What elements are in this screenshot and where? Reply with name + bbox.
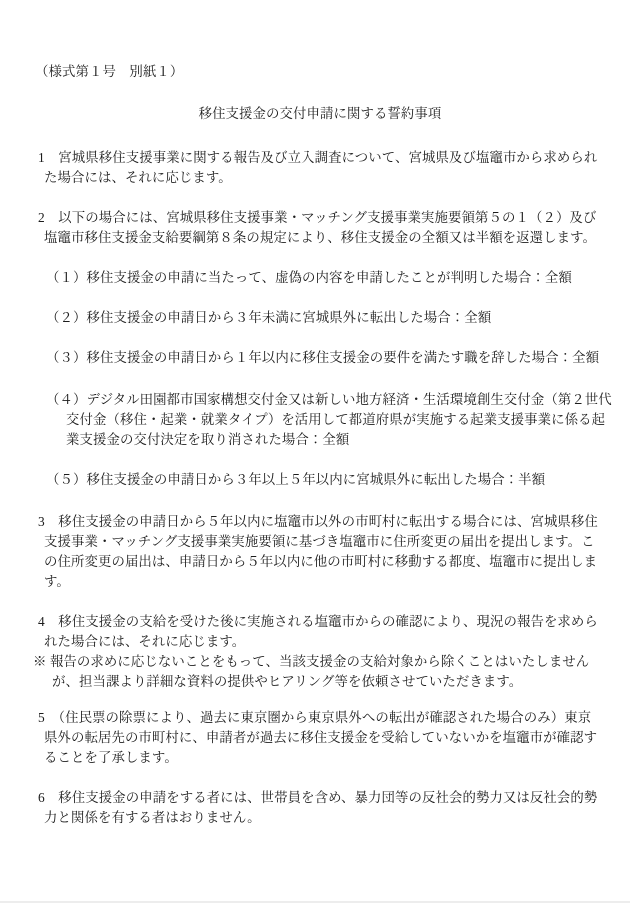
text-line: ることを了承します。 (38, 748, 602, 768)
text-line: 塩竈市移住支援金支給要綱第８条の規定により、移住支援金の全額又は半額を返還します… (38, 228, 602, 248)
form-number-label: （様式第１号 別紙１） (35, 62, 602, 82)
text-line: （３）移住支援金の申請日から１年以内に移住支援金の要件を満たす職を辞した場合：全… (38, 348, 602, 368)
pledge-note-1: ※ 報告の求めに応じないことをもって、当該支援金の支給対象から除くことはいたしま… (38, 652, 602, 692)
text-line: （４）デジタル田園都市国家構想交付金又は新しい地方経済・生活環境創生交付金（第２… (38, 390, 602, 410)
pledge-item-1: 1 宮城県移住支援事業に関する報告及び立入調査について、宮城県及び塩竈市から求め… (38, 148, 602, 188)
text-line: 4 移住支援金の支給を受けた後に実施される塩竈市からの確認により、現況の報告を求… (38, 612, 602, 632)
pledge-item-4: 4 移住支援金の支給を受けた後に実施される塩竈市からの確認により、現況の報告を求… (38, 612, 602, 652)
text-line: が、担当課より詳細な資料の提供やヒアリング等を依頼させていただきます。 (52, 672, 602, 692)
pledge-sub-4: （４）デジタル田園都市国家構想交付金又は新しい地方経済・生活環境創生交付金（第２… (38, 390, 602, 450)
pledge-sub-5: （５）移住支援金の申請日から３年以上５年以内に宮城県外に転出した場合：半額 (38, 470, 602, 490)
pledge-item-5: 5 （住民票の除票により、過去に東京圏から東京県外への転出が確認された場合のみ）… (38, 708, 602, 768)
text-line: れた場合には、それに応じます。 (38, 632, 602, 652)
page-title: 移住支援金の交付申請に関する誓約事項 (38, 104, 602, 124)
pledge-sub-1: （１）移住支援金の申請に当たって、虚偽の内容を申請したことが判明した場合：全額 (38, 268, 602, 288)
text-line: ※ 報告の求めに応じないことをもって、当該支援金の支給対象から除くことはいたしま… (33, 652, 602, 672)
pledge-item-6: 6 移住支援金の申請をする者には、世帯員を含め、暴力団等の反社会的勢力又は反社会… (38, 788, 602, 828)
text-line: 2 以下の場合には、宮城県移住支援事業・マッチング支援事業実施要領第５の１（２）… (38, 208, 602, 228)
text-line: 5 （住民票の除票により、過去に東京圏から東京県外への転出が確認された場合のみ）… (38, 708, 602, 728)
text-line: 3 移住支援金の申請日から５年以内に塩竈市以外の市町村に転出する場合には、宮城県… (38, 512, 602, 532)
text-line: （２）移住支援金の申請日から３年未満に宮城県外に転出した場合：全額 (38, 308, 602, 328)
pledge-item-2: 2 以下の場合には、宮城県移住支援事業・マッチング支援事業実施要領第５の１（２）… (38, 208, 602, 248)
text-line: 業支援金の交付決定を取り消された場合：全額 (38, 430, 602, 450)
pledge-sub-2: （２）移住支援金の申請日から３年未満に宮城県外に転出した場合：全額 (38, 308, 602, 328)
text-line: 県外の転居先の市町村に、申請者が過去に移住支援金を受給していないかを塩竈市が確認… (38, 728, 602, 748)
text-line: 6 移住支援金の申請をする者には、世帯員を含め、暴力団等の反社会的勢力又は反社会… (38, 788, 602, 808)
text-line: 支援事業・マッチング支援事業実施要領に基づき塩竈市に住所変更の届出を提出します。… (38, 532, 602, 552)
text-line: 交付金（移住・起業・就業タイプ）を活用して都道府県が実施する起業支援事業に係る起 (38, 410, 602, 430)
text-line: た場合には、それに応じます。 (38, 168, 602, 188)
text-line: の住所変更の届出は、申請日から５年以内に他の市町村に移動する都度、塩竈市に提出し… (38, 552, 602, 572)
text-line: （１）移住支援金の申請に当たって、虚偽の内容を申請したことが判明した場合：全額 (38, 268, 602, 288)
document-page: （様式第１号 別紙１） 移住支援金の交付申請に関する誓約事項 1 宮城県移住支援… (0, 0, 630, 903)
text-line: 力と関係を有する者はおりません。 (38, 808, 602, 828)
pledge-items: 1 宮城県移住支援事業に関する報告及び立入調査について、宮城県及び塩竈市から求め… (38, 148, 602, 828)
text-line: 1 宮城県移住支援事業に関する報告及び立入調査について、宮城県及び塩竈市から求め… (38, 148, 602, 168)
text-line: す。 (38, 572, 602, 592)
text-line: （５）移住支援金の申請日から３年以上５年以内に宮城県外に転出した場合：半額 (38, 470, 602, 490)
pledge-item-3: 3 移住支援金の申請日から５年以内に塩竈市以外の市町村に転出する場合には、宮城県… (38, 512, 602, 592)
pledge-sub-3: （３）移住支援金の申請日から１年以内に移住支援金の要件を満たす職を辞した場合：全… (38, 348, 602, 368)
